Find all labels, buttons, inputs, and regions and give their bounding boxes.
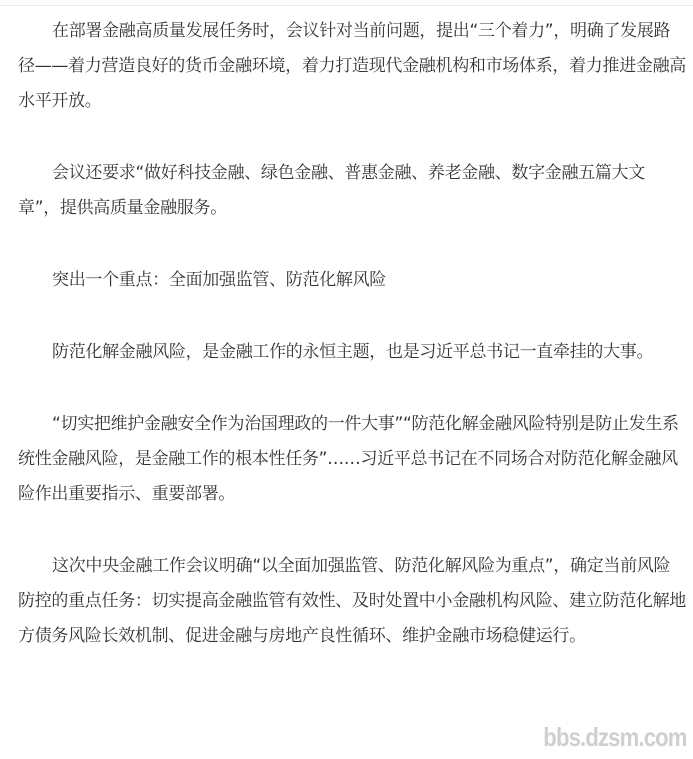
article-body: 在部署金融高质量发展任务时，会议针对当前问题，提出“三个着力”，明确了发展路径—… <box>18 14 686 654</box>
section-heading-key-focus: 突出一个重点：全面加强监管、防范化解风险 <box>18 263 686 298</box>
paragraph-risk-theme: 防范化解金融风险，是金融工作的永恒主题，也是习近平总书记一直牵挂的大事。 <box>18 335 686 370</box>
paragraph-quotes: “切实把维护金融安全作为治国理政的一件大事”“防范化解金融风险特别是防止发生系统… <box>18 407 686 512</box>
paragraph-five-articles: 会议还要求“做好科技金融、绿色金融、普惠金融、养老金融、数字金融五篇大文章”，提… <box>18 156 686 226</box>
paragraph-key-tasks: 这次中央金融工作会议明确“以全面加强监管、防范化解风险为重点”，确定当前风险防控… <box>18 549 686 654</box>
paragraph-three-focuses: 在部署金融高质量发展任务时，会议针对当前问题，提出“三个着力”，明确了发展路径—… <box>18 14 686 119</box>
top-divider <box>0 5 693 6</box>
site-watermark: bbs.dzsm.com <box>544 722 687 753</box>
